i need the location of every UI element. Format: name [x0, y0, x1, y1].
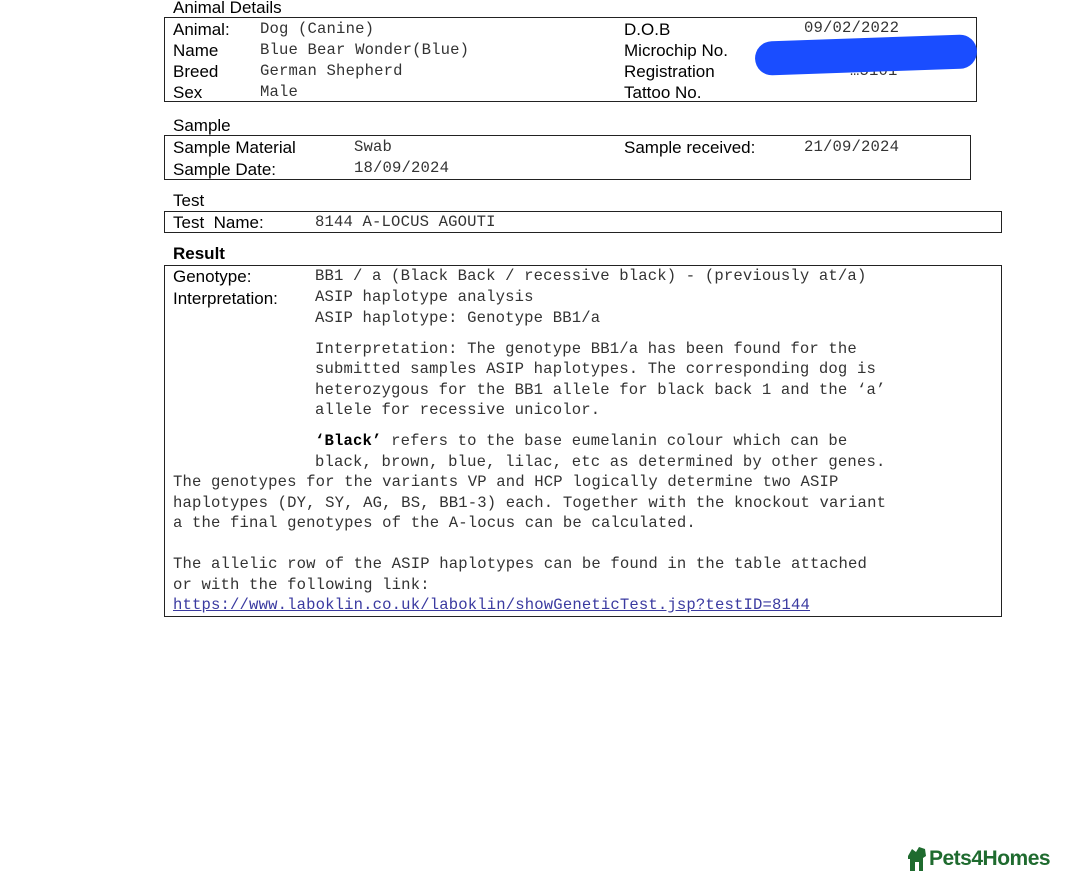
haplotype-genotype-line: ASIP haplotype: Genotype BB1/a: [315, 309, 600, 327]
genotype-label: Genotype:: [173, 266, 251, 287]
sample-heading: Sample: [173, 116, 231, 136]
genetic-test-link[interactable]: https://www.laboklin.co.uk/laboklin/show…: [173, 596, 810, 614]
name-value: Blue Bear Wonder(Blue): [260, 41, 469, 59]
sample-received-value: 21/09/2024: [804, 138, 899, 156]
result-heading: Result: [173, 244, 225, 264]
brand-name: Pets4Homes: [929, 847, 1050, 871]
genotypes-paragraph-line: haplotypes (DY, SY, AG, BS, BB1-3) each.…: [173, 494, 886, 512]
genotypes-paragraph-line: a the final genotypes of the A-locus can…: [173, 514, 696, 532]
genotypes-paragraph-line: The genotypes for the variants VP and HC…: [173, 473, 839, 491]
allelic-row-line: The allelic row of the ASIP haplotypes c…: [173, 555, 867, 573]
breed-value: German Shepherd: [260, 62, 403, 80]
test-name-label: Test Name:: [173, 212, 264, 233]
test-box: [164, 211, 1002, 233]
tattoo-label: Tattoo No.: [624, 82, 702, 103]
breed-label: Breed: [173, 61, 218, 82]
animal-value: Dog (Canine): [260, 20, 374, 38]
test-name-value: 8144 A-LOCUS AGOUTI: [315, 213, 496, 231]
animal-details-heading: Animal Details: [173, 0, 282, 18]
black-definition-line: ‘Black’ refers to the base eumelanin col…: [315, 432, 847, 450]
interpretation-label: Interpretation:: [173, 288, 278, 309]
sex-label: Sex: [173, 82, 202, 103]
dob-label: D.O.B: [624, 19, 670, 40]
sample-date-value: 18/09/2024: [354, 159, 449, 177]
interpretation-paragraph-line: Interpretation: The genotype BB1/a has b…: [315, 340, 857, 358]
black-definition-text: refers to the base eumelanin colour whic…: [382, 432, 848, 450]
sex-value: Male: [260, 83, 298, 101]
haplotype-analysis-line: ASIP haplotype analysis: [315, 288, 534, 306]
allelic-row-line: or with the following link:: [173, 576, 430, 594]
microchip-label: Microchip No.: [624, 40, 728, 61]
black-definition-line: black, brown, blue, lilac, etc as determ…: [315, 453, 885, 471]
genotype-value: BB1 / a (Black Back / recessive black) -…: [315, 267, 866, 285]
registration-label: Registration: [624, 61, 715, 82]
animal-label: Animal:: [173, 19, 230, 40]
interpretation-paragraph-line: heterozygous for the BB1 allele for blac…: [315, 381, 885, 399]
dob-value: 09/02/2022: [804, 19, 899, 37]
sample-material-value: Swab: [354, 138, 392, 156]
name-label: Name: [173, 40, 218, 61]
pets4homes-logo: Pets4Homes: [906, 846, 1050, 872]
test-heading: Test: [173, 191, 204, 211]
sample-received-label: Sample received:: [624, 137, 755, 158]
house-pet-icon: [906, 846, 928, 872]
interpretation-paragraph-line: submitted samples ASIP haplotypes. The c…: [315, 360, 876, 378]
interpretation-paragraph-line: allele for recessive unicolor.: [315, 401, 600, 419]
sample-date-label: Sample Date:: [173, 159, 276, 180]
sample-material-label: Sample Material: [173, 137, 296, 158]
black-term: ‘Black’: [315, 432, 382, 450]
